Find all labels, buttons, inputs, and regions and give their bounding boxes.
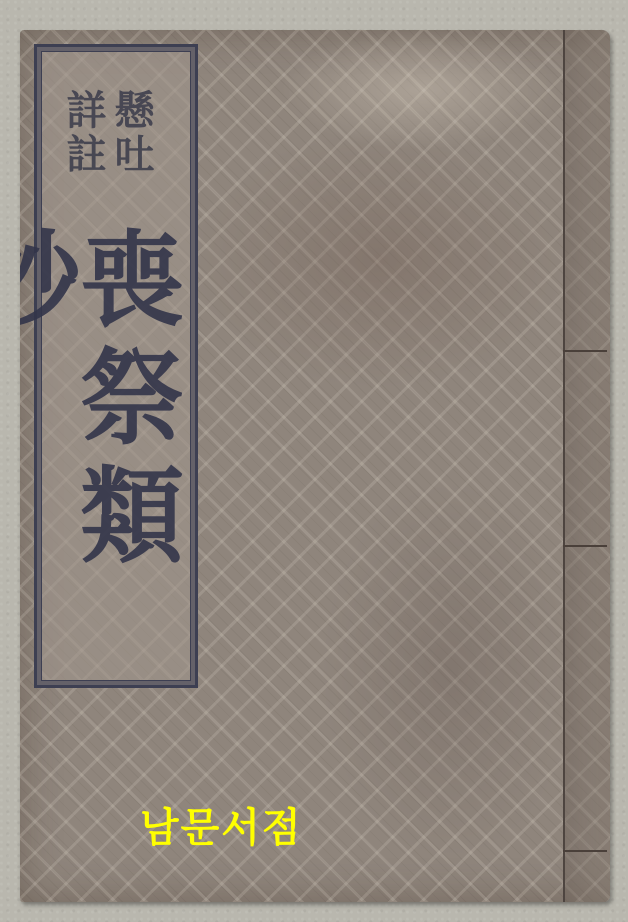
title-label: 懸吐 詳註 喪祭類抄	[34, 44, 198, 688]
stain	[280, 30, 560, 150]
subtitle-column: 懸吐	[111, 89, 151, 177]
binding-stitch	[563, 545, 607, 547]
watermark: 남문서점	[140, 796, 303, 853]
subtitle-column: 詳註	[63, 89, 103, 177]
stain	[190, 130, 570, 390]
book-cover: 懸吐 詳註 喪祭類抄	[20, 30, 610, 902]
binding-stitch	[563, 850, 607, 852]
subtitle: 懸吐 詳註	[63, 89, 151, 177]
binding-stitch	[563, 350, 607, 352]
spine-binding	[565, 30, 610, 902]
book-title: 喪祭類抄	[65, 225, 175, 685]
stain	[320, 480, 580, 860]
spine-fold-line	[563, 30, 565, 902]
